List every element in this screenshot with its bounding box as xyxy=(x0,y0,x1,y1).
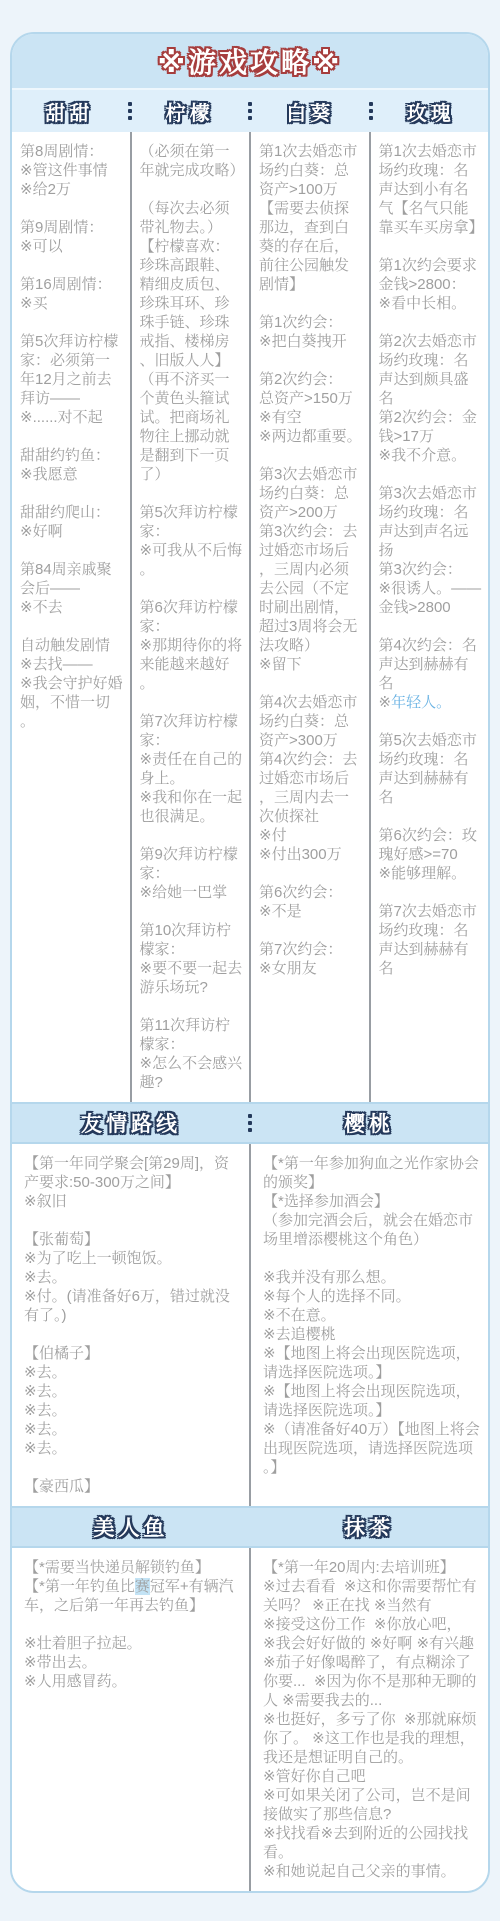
tab-meirenyu: 美人鱼 xyxy=(12,1512,250,1542)
column-ningmeng: （必须在第一年就完成攻略） （每次去必须带礼物去。） 【柠檬喜欢：珍珠高跟鞋、精… xyxy=(132,132,252,1102)
column-text: 第5次去婚恋市场约玫瑰：名声达到赫赫有名 第6次约会：玫瑰好感>=70 ※能够理… xyxy=(379,732,477,977)
column-yingtao: 【*第一年参加狗血之光作家协会的颁奖】 【*选择参加酒会】 （参加完酒会后，就会… xyxy=(251,1144,488,1506)
column-meirenyu: 【*需要当快递员解锁钓鱼】 【*第一年钓鱼比赛冠军+有辆汽车，之后第一年再去钓鱼… xyxy=(12,1548,251,1891)
column-meigui: 第1次去婚恋市场约玫瑰：名声达到小有名气【名气只能靠买车买房拿】 第1次约会要求… xyxy=(371,132,489,1102)
column-text: 第1次去婚恋市场约玫瑰：名声达到小有名气【名气只能靠买车买房拿】 第1次约会要求… xyxy=(379,143,484,711)
page-title: ※游戏攻略※ xyxy=(158,41,342,81)
column-text: （必须在第一年就完成攻略） （每次去必须带礼物去。） 【柠檬喜欢：珍珠高跟鞋、精… xyxy=(140,143,245,1091)
column-text: 【*第一年参加狗血之光作家协会的颁奖】 【*选择参加酒会】 （参加完酒会后，就会… xyxy=(263,1155,480,1476)
page-background: ※游戏攻略※ 甜甜 柠檬 白葵 玫瑰 第8周剧情： ※管这件事情 ※给2万 第9… xyxy=(0,0,500,1921)
friendship-header-row: 友情路线 樱桃 xyxy=(12,1102,488,1144)
guide-card: ※游戏攻略※ 甜甜 柠檬 白葵 玫瑰 第8周剧情： ※管这件事情 ※给2万 第9… xyxy=(10,32,490,1893)
tab-mocha: 抹茶 xyxy=(250,1512,488,1542)
column-text: 第8周剧情： ※管这件事情 ※给2万 第9周剧情： ※可以 第16周剧情： ※买… xyxy=(20,143,123,730)
column-tiantian: 第8周剧情： ※管这件事情 ※给2万 第9周剧情： ※可以 第16周剧情： ※买… xyxy=(12,132,132,1102)
column-text: 【*第一年20周内:去培训班】 ※过去看看 ※这和你需要帮忙有关吗？ ※正在找 … xyxy=(263,1559,476,1880)
tab-baikui: 白葵 xyxy=(253,97,368,126)
tab-ningmeng: 柠檬 xyxy=(133,97,248,126)
dots-separator-icon xyxy=(247,1114,253,1132)
tab-meigui: 玫瑰 xyxy=(374,97,489,126)
column-mocha: 【*第一年20周内:去培训班】 ※过去看看 ※这和你需要帮忙有关吗？ ※正在找 … xyxy=(251,1548,488,1891)
mermaid-header-row: 美人鱼 抹茶 xyxy=(12,1506,488,1548)
column-text: 【第一年同学聚会[第29周]，资产要求:50-300万之间】 ※叙旧 【张葡萄】… xyxy=(24,1155,230,1495)
mermaid-columns: 【*需要当快递员解锁钓鱼】 【*第一年钓鱼比赛冠军+有辆汽车，之后第一年再去钓鱼… xyxy=(12,1548,488,1891)
highlighted-text: 赛 xyxy=(135,1578,150,1595)
friendship-columns: 【第一年同学聚会[第29周]，资产要求:50-300万之间】 ※叙旧 【张葡萄】… xyxy=(12,1144,488,1506)
column-youqingluxian: 【第一年同学聚会[第29周]，资产要求:50-300万之间】 ※叙旧 【张葡萄】… xyxy=(12,1144,251,1506)
column-baikui: 第1次去婚恋市场约白葵：总资产>100万 【需要去侦探那边，查到白葵的存在后，前… xyxy=(251,132,371,1102)
tab-yingtao: 樱桃 xyxy=(250,1108,488,1138)
tab-youqingluxian: 友情路线 xyxy=(12,1108,250,1138)
highlighted-text: 年轻人。 xyxy=(391,694,451,711)
walkthrough-columns: 第8周剧情： ※管这件事情 ※给2万 第9周剧情： ※可以 第16周剧情： ※买… xyxy=(12,132,488,1102)
character-header-row: 甜甜 柠檬 白葵 玫瑰 xyxy=(12,90,488,132)
tab-tiantian: 甜甜 xyxy=(12,97,127,126)
title-bar: ※游戏攻略※ xyxy=(12,34,488,90)
column-text: 第1次去婚恋市场约白葵：总资产>100万 【需要去侦探那边，查到白葵的存在后，前… xyxy=(259,143,362,977)
